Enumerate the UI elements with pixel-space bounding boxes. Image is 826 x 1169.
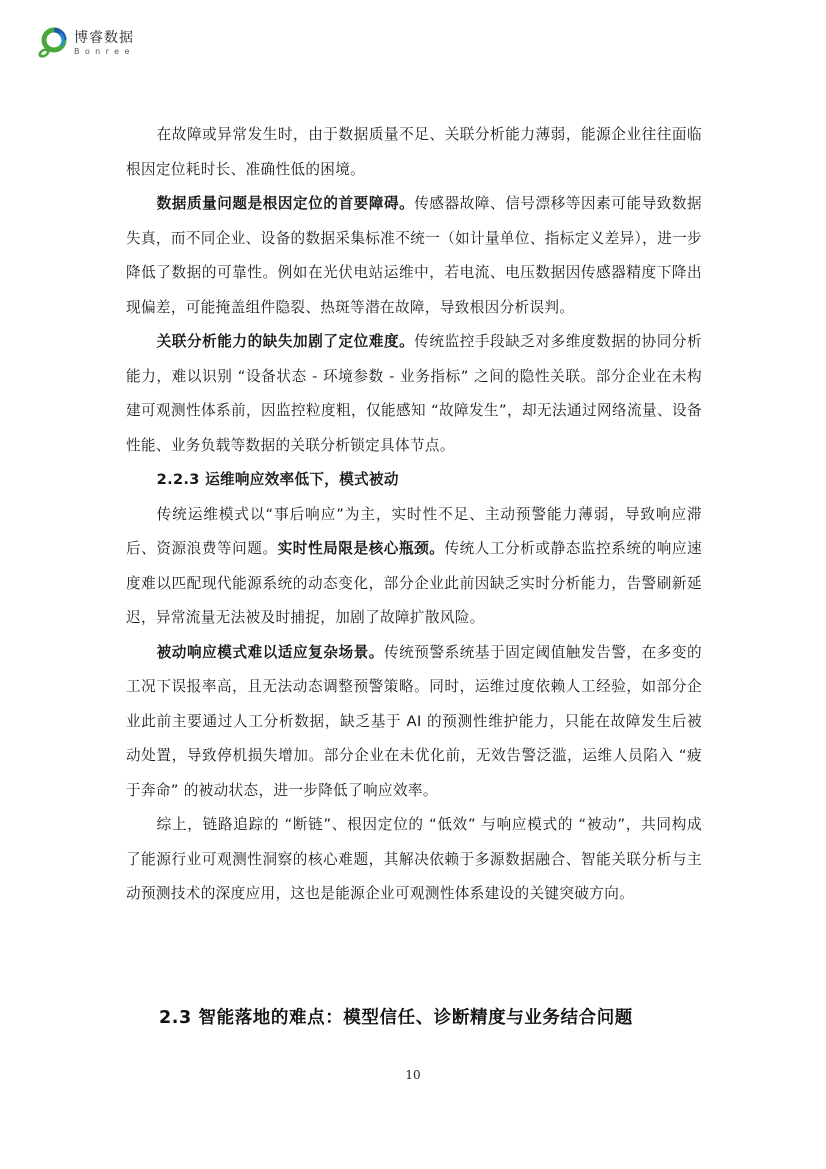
paragraph-lead-bold: 数据质量问题是根因定位的首要障碍。 — [157, 195, 415, 212]
paragraph-lead-bold: 被动响应模式难以适应复杂场景。 — [157, 644, 384, 661]
section-heading-2-2-3: 2.2.3 运维响应效率低下，模式被动 — [126, 463, 702, 498]
paragraph-lead-bold: 关联分析能力的缺失加剧了定位难度。 — [157, 333, 415, 350]
logo-english-name: Bonree — [74, 48, 135, 56]
logo-chinese-name: 博睿数据 — [74, 31, 135, 45]
document-body: 在故障或异常发生时，由于数据质量不足、关联分析能力薄弱，能源企业往往面临根因定位… — [126, 118, 702, 912]
paragraph-passive-response: 被动响应模式难以适应复杂场景。传统预警系统基于固定阈值触发告警，在多变的工况下误… — [126, 636, 702, 809]
section-heading-2-3: 2.3 智能落地的难点：模型信任、诊断精度与业务结合问题 — [159, 1004, 633, 1029]
company-logo: 博睿数据 Bonree — [36, 26, 135, 60]
paragraph-text: 传统监控手段缺乏对多维度数据的协同分析能力，难以识别 “设备状态 - 环境参数 … — [126, 333, 702, 454]
bonree-logo-icon — [36, 26, 68, 60]
paragraph-summary: 综上，链路追踪的 “断链”、根因定位的 “低效” 与响应模式的 “被动”，共同构… — [126, 808, 702, 912]
paragraph-lead-bold: 实时性局限是核心瓶颈。 — [278, 540, 445, 557]
page-number: 10 — [0, 1068, 826, 1082]
paragraph-correlation-analysis: 关联分析能力的缺失加剧了定位难度。传统监控手段缺乏对多维度数据的协同分析能力，难… — [126, 325, 702, 463]
paragraph-realtime-limits: 传统运维模式以“事后响应”为主，实时性不足、主动预警能力薄弱，导致响应滞后、资源… — [126, 498, 702, 636]
paragraph-text: 传感器故障、信号漂移等因素可能导致数据失真，而不同企业、设备的数据采集标准不统一… — [126, 195, 702, 316]
paragraph-data-quality: 数据质量问题是根因定位的首要障碍。传感器故障、信号漂移等因素可能导致数据失真，而… — [126, 187, 702, 325]
paragraph-root-cause-intro: 在故障或异常发生时，由于数据质量不足、关联分析能力薄弱，能源企业往往面临根因定位… — [126, 118, 702, 187]
paragraph-text: 传统预警系统基于固定阈值触发告警，在多变的工况下误报率高，且无法动态调整预警策略… — [126, 644, 702, 799]
